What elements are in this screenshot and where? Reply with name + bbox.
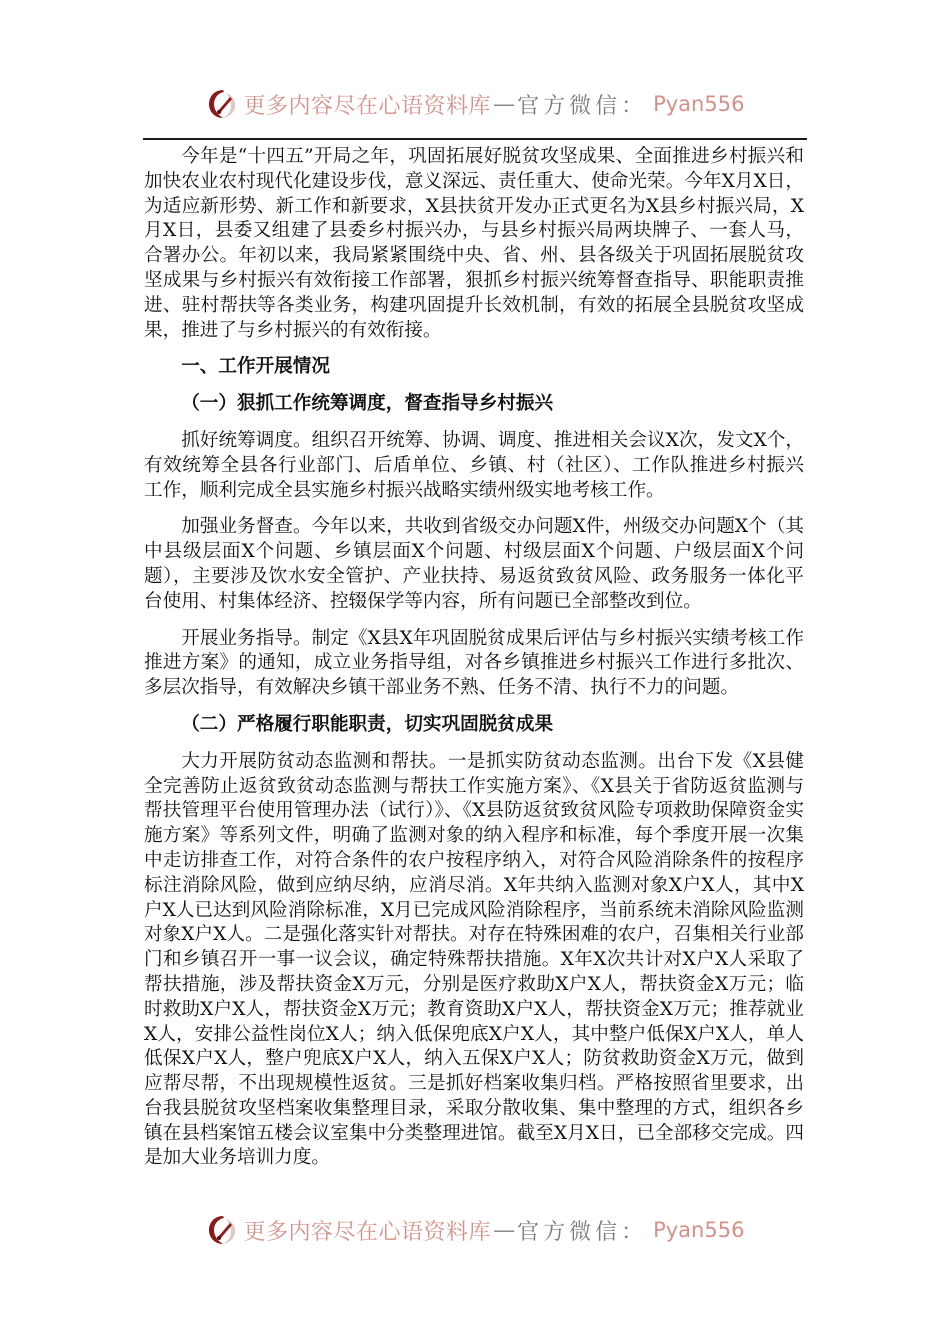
- document-body: 今年是“十四五”开局之年，巩固拓展好脱贫攻坚成果、全面推进乡村振兴和加快农业农村…: [144, 145, 804, 1183]
- watermark-dash: —: [493, 92, 515, 117]
- watermark-dash: —: [493, 1218, 515, 1243]
- intro-paragraph: 今年是“十四五”开局之年，巩固拓展好脱贫攻坚成果、全面推进乡村振兴和加快农业农村…: [144, 145, 804, 343]
- watermark-wechat-label: 官方微信：: [517, 1215, 647, 1246]
- paragraph-supervision: 加强业务督查。今年以来，共收到省级交办问题X件，州级交办问题X个（其中县级层面X…: [144, 515, 804, 614]
- watermark-wechat-handle: Pyan556: [653, 92, 744, 116]
- watermark-wechat-handle: Pyan556: [653, 1218, 744, 1242]
- header-divider: [143, 138, 807, 140]
- paragraph-monitoring: 大力开展防贫动态监测和帮扶。一是抓实防贫动态监测。出台下发《X县健全完善防止返贫…: [144, 750, 804, 1172]
- subsection-heading-2: （二）严格履行职能职责，切实巩固脱贫成果: [144, 713, 804, 738]
- watermark-brand-text: 更多内容尽在心语资料库: [244, 1215, 492, 1246]
- subsection-heading-1: （一）狠抓工作统筹调度，督查指导乡村振兴: [144, 392, 804, 417]
- quill-pen-logo-icon: [206, 1213, 240, 1247]
- watermark-wechat-label: 官方微信：: [517, 89, 647, 120]
- watermark-brand-text: 更多内容尽在心语资料库: [244, 89, 492, 120]
- paragraph-guidance: 开展业务指导。制定《X县X年巩固脱贫成果后评估与乡村振兴实绩考核工作推进方案》的…: [144, 627, 804, 701]
- paragraph-coordination: 抓好统筹调度。组织召开统筹、协调、调度、推进相关会议X次，发文X个，有效统筹全县…: [144, 429, 804, 503]
- section-heading-work-progress: 一、工作开展情况: [144, 355, 804, 380]
- footer-watermark-banner: 更多内容尽在心语资料库 — 官方微信： Pyan556: [0, 1210, 950, 1250]
- quill-pen-logo-icon: [206, 87, 240, 121]
- header-watermark-banner: 更多内容尽在心语资料库 — 官方微信： Pyan556: [0, 84, 950, 124]
